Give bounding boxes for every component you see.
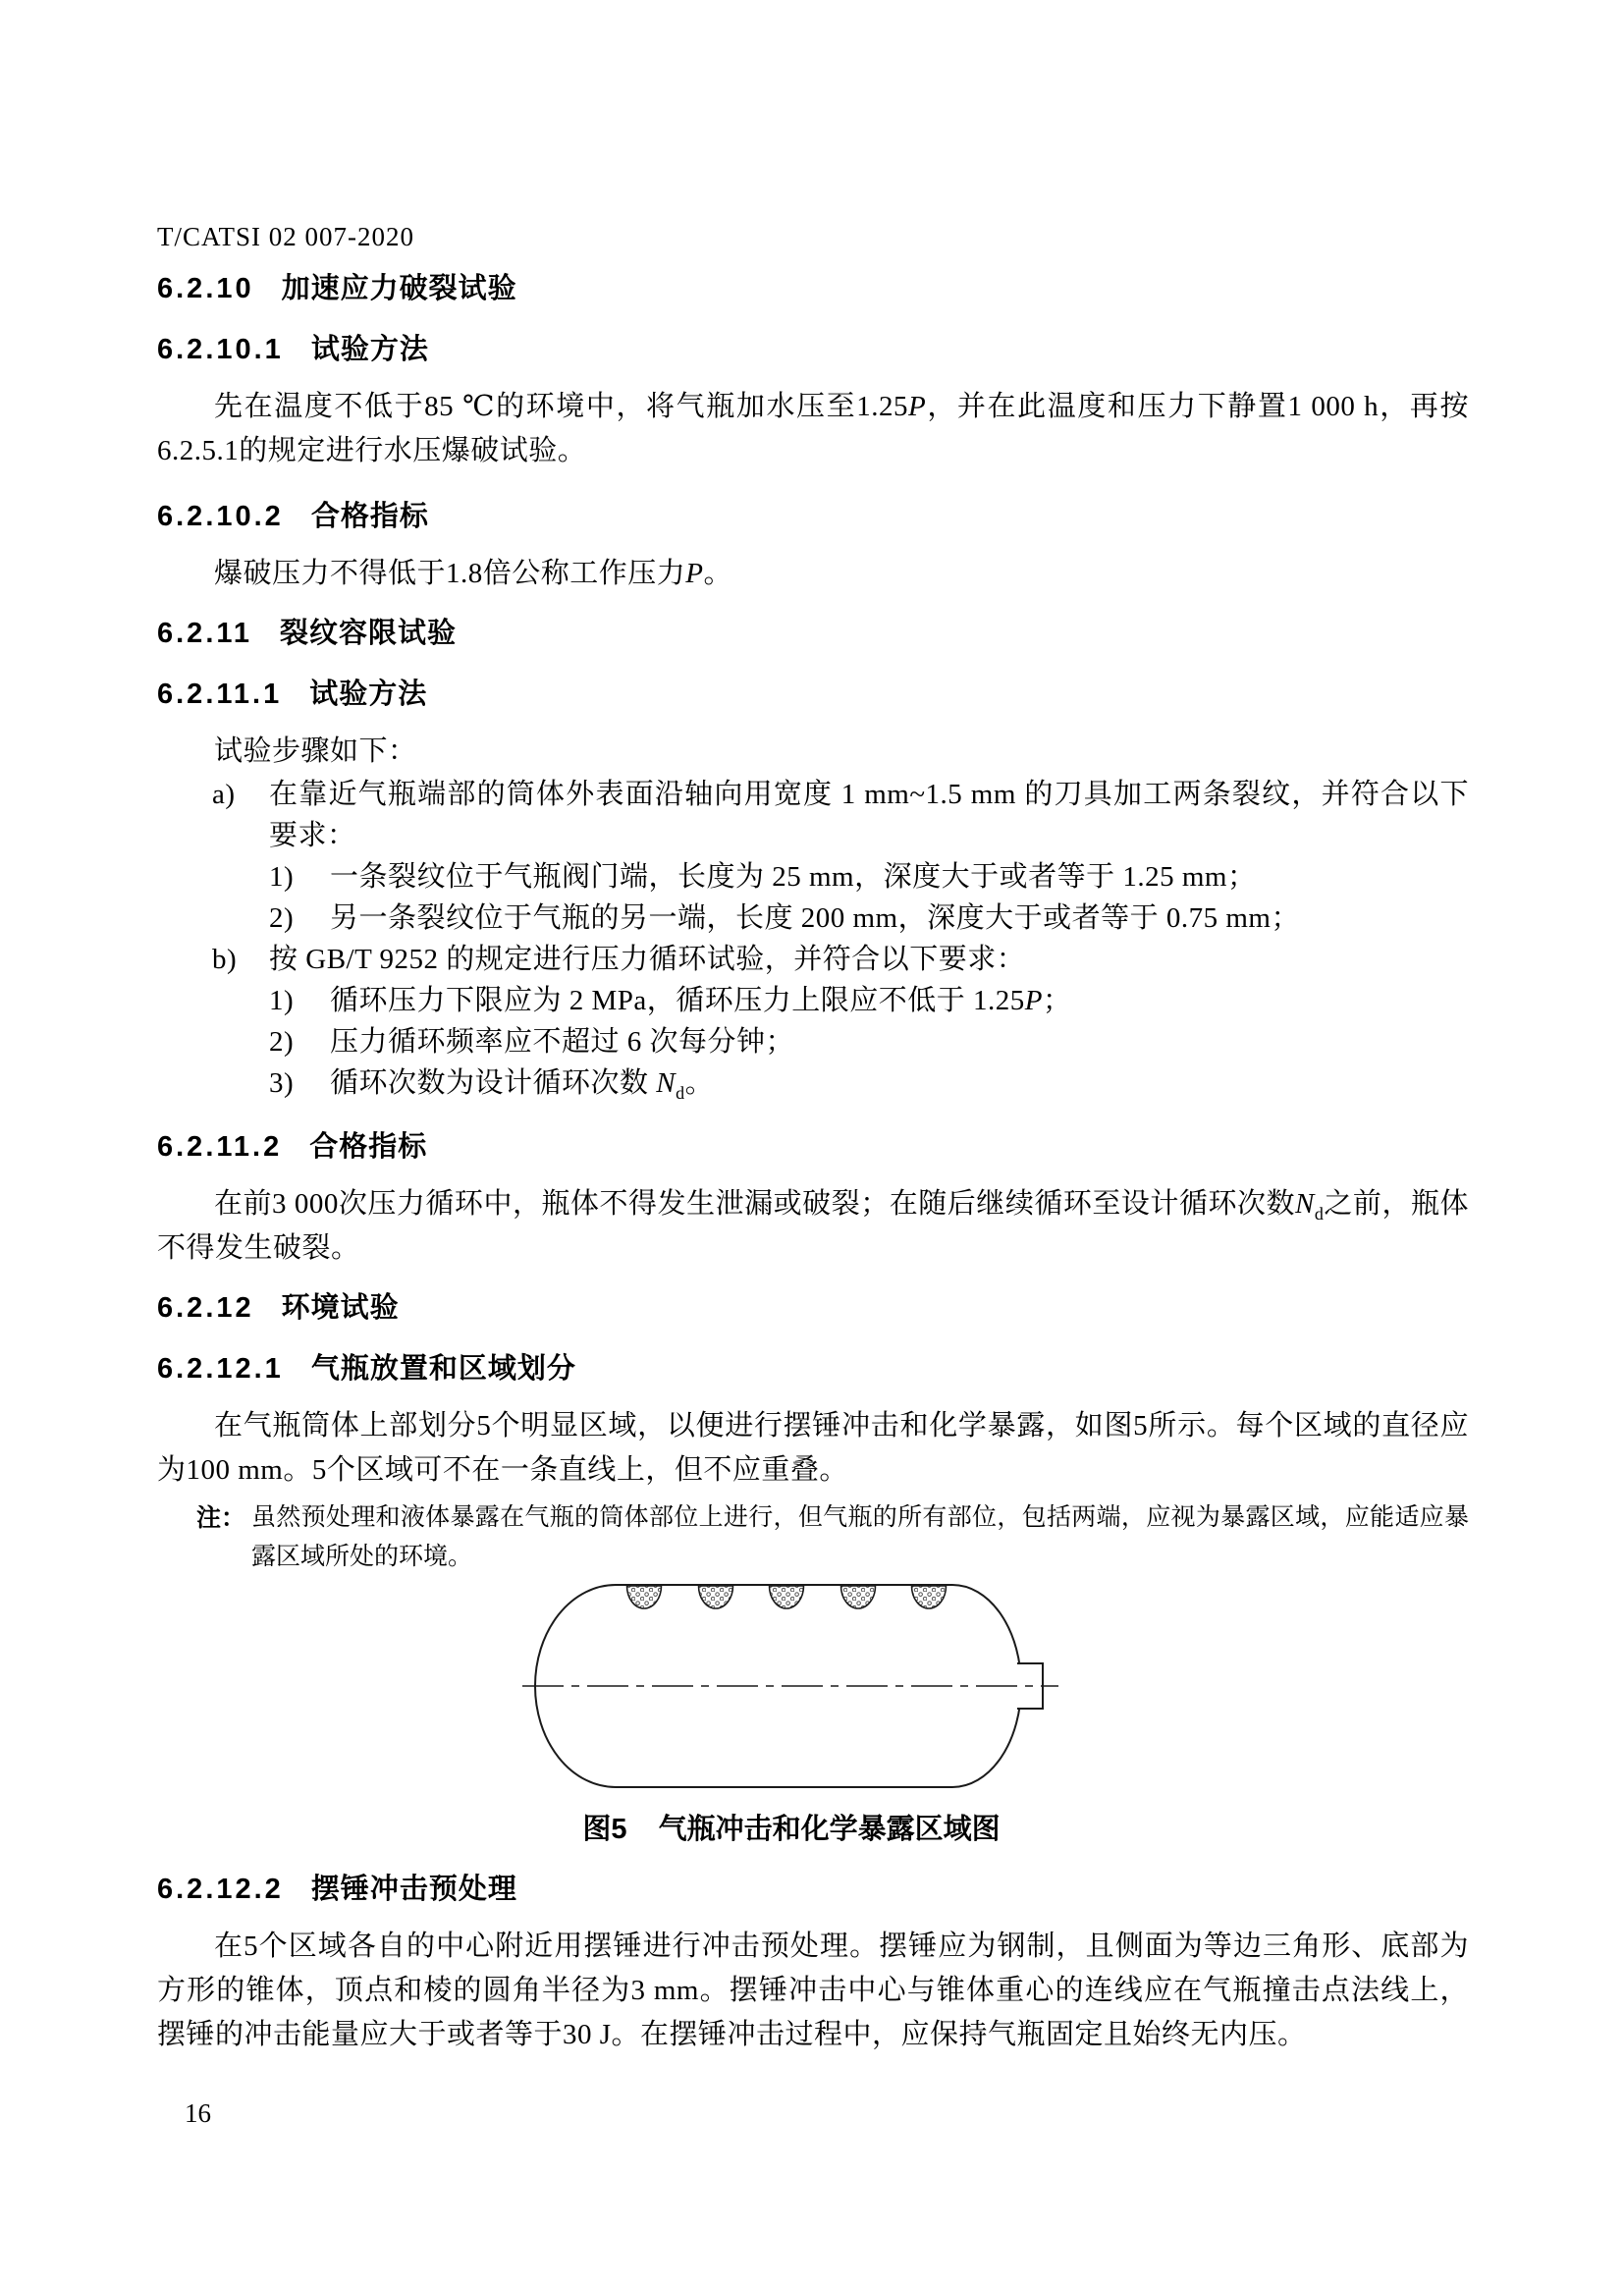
paragraph: 在前3 000次压力循环中，瓶体不得发生泄漏或破裂；在随后继续循环至设计循环次数… [157, 1182, 1469, 1271]
text-run: d [676, 1083, 684, 1103]
list-item: 2)另一条裂纹位于气瓶的另一端，长度 200 mm，深度大于或者等于 0.75 … [269, 898, 1469, 939]
list-item: 1)一条裂纹位于气瓶阀门端，长度为 25 mm，深度大于或者等于 1.25 mm… [269, 856, 1469, 898]
text-run: 压力循环频率应不超过 6 次每分钟； [330, 1026, 794, 1058]
figure-caption-number: 图5 [582, 1814, 626, 1845]
text-run: P [685, 558, 703, 589]
cylinder-diagram [520, 1583, 1060, 1791]
heading-title: 气瓶放置和区域划分 [311, 1353, 576, 1385]
text-run: 循环次数为设计循环次数 [330, 1067, 656, 1099]
list-label: a) [212, 774, 269, 856]
heading-title: 试验方法 [309, 679, 427, 710]
text-run: 爆破压力不得低于1.8倍公称工作压力 [214, 558, 685, 589]
figure-caption-title: 气瓶冲击和化学暴露区域图 [659, 1814, 1001, 1845]
list-label: b) [212, 939, 269, 980]
heading-number: 6.2.11.1 [157, 679, 282, 710]
text-run: 循环压力下限应为 2 MPa，循环压力上限应不低于 1.25 [330, 985, 1025, 1016]
heading-number: 6.2.12.1 [157, 1353, 284, 1385]
text-run: 先在温度不低于85 ℃的环境中，将气瓶加水压至1.25 [214, 391, 908, 422]
text-run: 试验步骤如下： [214, 735, 417, 767]
section-heading: 6.2.11.1试验方法 [157, 677, 1469, 712]
heading-number: 6.2.12 [157, 1292, 254, 1324]
text-run: 在气瓶筒体上部划分5个明显区域，以便进行摆锤冲击和化学暴露，如图5所示。每个区域… [157, 1410, 1469, 1486]
heading-title: 合格指标 [311, 501, 429, 532]
text-run: N [656, 1067, 676, 1099]
heading-title: 裂纹容限试验 [280, 618, 457, 649]
list-text: 另一条裂纹位于气瓶的另一端，长度 200 mm，深度大于或者等于 0.75 mm… [330, 898, 1469, 939]
text-run: P [908, 391, 926, 422]
figure-5 [520, 1583, 1060, 1791]
heading-number: 6.2.11.2 [157, 1131, 282, 1163]
text-run: N [1295, 1188, 1315, 1220]
text-run: 另一条裂纹位于气瓶的另一端，长度 200 mm，深度大于或者等于 0.75 mm… [330, 902, 1300, 934]
text-run: d [1315, 1204, 1324, 1224]
text-run: 。 [685, 1067, 715, 1099]
heading-title: 摆锤冲击预处理 [311, 1874, 517, 1905]
paragraph: 试验步骤如下： [157, 730, 1469, 774]
paragraph: 在气瓶筒体上部划分5个明显区域，以便进行摆锤冲击和化学暴露，如图5所示。每个区域… [157, 1404, 1469, 1493]
heading-number: 6.2.10.1 [157, 334, 284, 365]
list-text: 在靠近气瓶端部的筒体外表面沿轴向用宽度 1 mm~1.5 mm 的刀具加工两条裂… [269, 774, 1469, 856]
section-heading: 6.2.12.2摆锤冲击预处理 [157, 1872, 1469, 1907]
text-run: ； [1043, 985, 1072, 1016]
heading-number: 6.2.10.2 [157, 501, 284, 532]
section-heading: 6.2.11.2合格指标 [157, 1129, 1469, 1165]
text-run: 在靠近气瓶端部的筒体外表面沿轴向用宽度 1 mm~1.5 mm 的刀具加工两条裂… [269, 779, 1469, 851]
heading-title: 合格指标 [309, 1131, 427, 1163]
list-item: a)在靠近气瓶端部的筒体外表面沿轴向用宽度 1 mm~1.5 mm 的刀具加工两… [212, 774, 1469, 856]
list-text: 按 GB/T 9252 的规定进行压力循环试验，并符合以下要求： [269, 939, 1469, 980]
list-label: 3) [269, 1062, 330, 1104]
text-run: 按 GB/T 9252 的规定进行压力循环试验，并符合以下要求： [269, 944, 1025, 975]
section-heading: 6.2.10加速应力破裂试验 [157, 271, 1469, 306]
doc-code: T/CATSI 02 007-2020 [157, 222, 1469, 251]
heading-title: 加速应力破裂试验 [282, 273, 517, 304]
paragraph: 先在温度不低于85 ℃的环境中，将气瓶加水压至1.25P，并在此温度和压力下静置… [157, 385, 1469, 473]
text-run: 一条裂纹位于气瓶阀门端，长度为 25 mm，深度大于或者等于 1.25 mm； [330, 861, 1256, 893]
note: 注：虽然预处理和液体暴露在气瓶的筒体部位上进行，但气瓶的所有部位，包括两端，应视… [196, 1498, 1469, 1577]
section-heading: 6.2.11裂纹容限试验 [157, 616, 1469, 651]
paragraph: 爆破压力不得低于1.8倍公称工作压力P。 [157, 552, 1469, 596]
content-top: 6.2.10加速应力破裂试验6.2.10.1试验方法先在温度不低于85 ℃的环境… [157, 271, 1469, 1577]
heading-number: 6.2.11 [157, 618, 252, 649]
heading-number: 6.2.10 [157, 273, 254, 304]
list-item: 3)循环次数为设计循环次数 Nd。 [269, 1062, 1469, 1104]
list-text: 循环次数为设计循环次数 Nd。 [330, 1062, 1469, 1104]
list-item: b)按 GB/T 9252 的规定进行压力循环试验，并符合以下要求： [212, 939, 1469, 980]
text-run: 在前3 000次压力循环中，瓶体不得发生泄漏或破裂；在随后继续循环至设计循环次数 [214, 1188, 1295, 1220]
text-run: 虽然预处理和液体暴露在气瓶的筒体部位上进行，但气瓶的所有部位，包括两端，应视为暴… [251, 1504, 1469, 1570]
page-content: T/CATSI 02 007-2020 6.2.10加速应力破裂试验6.2.10… [157, 222, 1469, 2057]
note-text: 虽然预处理和液体暴露在气瓶的筒体部位上进行，但气瓶的所有部位，包括两端，应视为暴… [251, 1498, 1469, 1577]
heading-title: 试验方法 [311, 334, 429, 365]
section-heading: 6.2.12.1气瓶放置和区域划分 [157, 1351, 1469, 1387]
page-number: 16 [185, 2097, 211, 2129]
heading-number: 6.2.12.2 [157, 1874, 284, 1905]
list-label: 2) [269, 1021, 330, 1062]
list-text: 循环压力下限应为 2 MPa，循环压力上限应不低于 1.25P； [330, 980, 1469, 1021]
list-label: 1) [269, 856, 330, 898]
list-label: 2) [269, 898, 330, 939]
text-run: P [1025, 985, 1043, 1016]
list-item: 1)循环压力下限应为 2 MPa，循环压力上限应不低于 1.25P； [269, 980, 1469, 1021]
list-label: 1) [269, 980, 330, 1021]
paragraph: 在5个区域各自的中心附近用摆锤进行冲击预处理。摆锤应为钢制，且侧面为等边三角形、… [157, 1925, 1469, 2057]
note-label: 注： [196, 1498, 251, 1577]
text-run: 。 [703, 558, 732, 589]
content-bottom: 图5气瓶冲击和化学暴露区域图6.2.12.2摆锤冲击预处理在5个区域各自的中心附… [157, 1813, 1469, 2057]
section-heading: 6.2.10.2合格指标 [157, 499, 1469, 534]
list-item: 2)压力循环频率应不超过 6 次每分钟； [269, 1021, 1469, 1062]
text-run: 在5个区域各自的中心附近用摆锤进行冲击预处理。摆锤应为钢制，且侧面为等边三角形、… [157, 1931, 1469, 2050]
heading-title: 环境试验 [282, 1292, 400, 1324]
section-heading: 6.2.12环境试验 [157, 1290, 1469, 1326]
section-heading: 6.2.10.1试验方法 [157, 332, 1469, 367]
figure-caption: 图5气瓶冲击和化学暴露区域图 [157, 1813, 1469, 1846]
list-text: 压力循环频率应不超过 6 次每分钟； [330, 1021, 1469, 1062]
document-page: T/CATSI 02 007-2020 6.2.10加速应力破裂试验6.2.10… [0, 0, 1624, 2285]
list-text: 一条裂纹位于气瓶阀门端，长度为 25 mm，深度大于或者等于 1.25 mm； [330, 856, 1469, 898]
